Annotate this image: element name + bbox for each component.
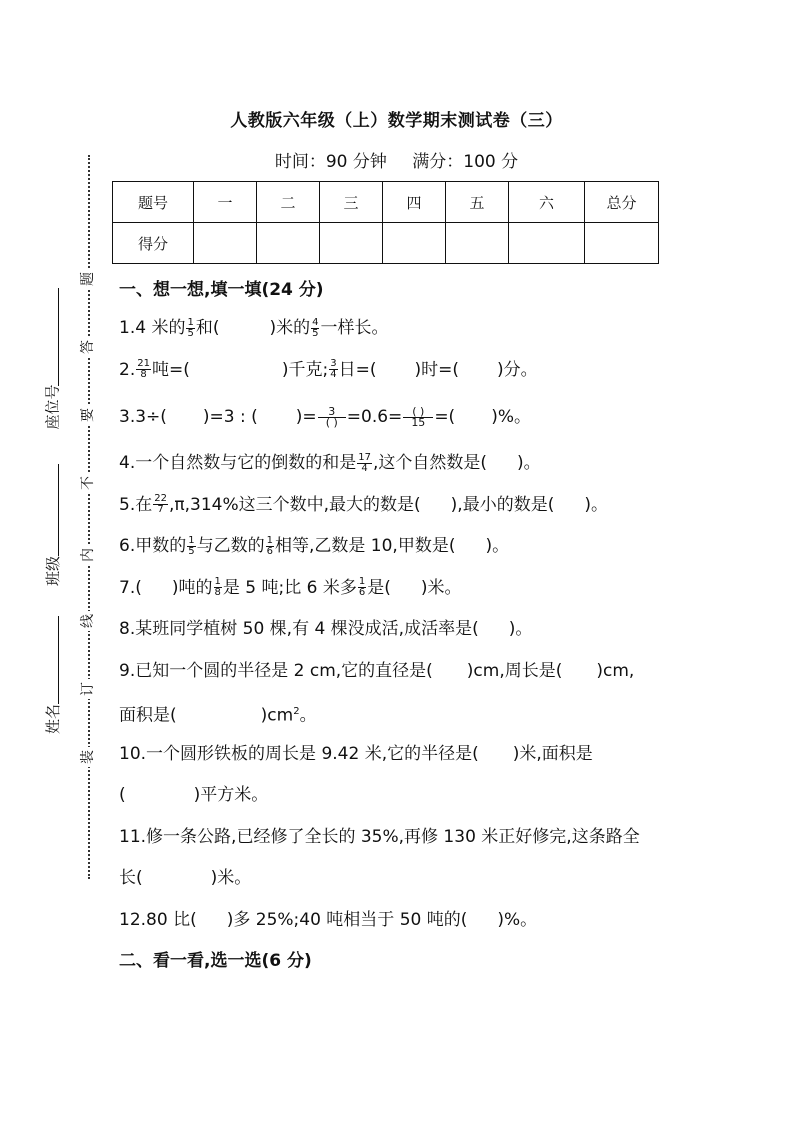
header-cell: 五 (446, 182, 509, 223)
seat-number-line[interactable] (58, 288, 59, 386)
fraction: 16 (358, 577, 366, 598)
score-cell[interactable] (320, 223, 383, 264)
class-label: 班级 (44, 556, 62, 586)
header-cell: 六 (509, 182, 585, 223)
header-cell: 总分 (585, 182, 659, 223)
score-cell[interactable] (509, 223, 585, 264)
section-2-heading: 二、看一看,选一选(6 分) (119, 947, 699, 985)
fraction: 3( ) (318, 407, 346, 428)
question-10-line-2: ()平方米。 (119, 781, 699, 823)
header-cell: 三 (320, 182, 383, 223)
row-label: 得分 (113, 223, 194, 264)
fraction: 45 (311, 318, 319, 339)
score-cell[interactable] (383, 223, 446, 264)
question-11: 11.修一条公路,已经修了全长的 35%,再修 130 米正好修完,这条路全 (119, 823, 699, 865)
score-cell[interactable] (257, 223, 320, 264)
exam-full-score: 满分：100 分 (412, 152, 518, 172)
question-6: 6.甲数的15与乙数的16相等,乙数是 10,甲数是()。 (119, 532, 699, 574)
question-2: 2.218吨=()千克;34日=()时=()分。 (119, 356, 699, 398)
fraction: ( )15 (403, 407, 433, 428)
header-cell: 题号 (113, 182, 194, 223)
question-1: 1.4 米的15和()米的45一样长。 (119, 314, 699, 356)
question-9-line-2: 面积是()cm2。 (119, 698, 699, 740)
score-table-header-row: 题号 一 二 三 四 五 六 总分 (113, 182, 659, 223)
fraction: 227 (153, 494, 168, 515)
section-1-heading: 一、想一想,填一填(24 分) (119, 276, 699, 314)
binding-char: 不 (79, 473, 97, 493)
exam-content: 一、想一想,填一填(24 分) 1.4 米的15和()米的45一样长。 2.21… (119, 276, 699, 985)
header-cell: 一 (194, 182, 257, 223)
binding-char: 装 (79, 747, 97, 767)
header-cell: 二 (257, 182, 320, 223)
name-line[interactable] (58, 616, 59, 704)
score-table: 题号 一 二 三 四 五 六 总分 得分 (112, 181, 659, 264)
question-10: 10.一个圆形铁板的周长是 9.42 米,它的半径是()米,面积是 (119, 740, 699, 782)
question-3: 3.3÷()=3 : ()=3( )=0.6=( )15=()%。 (119, 397, 699, 449)
class-line[interactable] (58, 464, 59, 556)
question-12: 12.80 比()多 25%;40 吨相当于 50 吨的()%。 (119, 906, 699, 948)
question-4: 4.一个自然数与它的倒数的和是174,这个自然数是()。 (119, 449, 699, 491)
binding-char: 订 (79, 679, 97, 699)
binding-char: 线 (79, 611, 97, 631)
score-cell[interactable] (585, 223, 659, 264)
fraction: 15 (187, 536, 195, 557)
fraction: 16 (266, 536, 274, 557)
question-8: 8.某班同学植树 50 棵,有 4 棵没成活,成活率是()。 (119, 615, 699, 657)
fraction: 18 (214, 577, 222, 598)
exam-title: 人教版六年级（上）数学期末测试卷（三） (0, 106, 793, 131)
binding-char: 题 (79, 269, 97, 289)
fraction: 15 (186, 318, 194, 339)
question-5: 5.在227,π,314%这三个数中,最大的数是(),最小的数是()。 (119, 491, 699, 533)
score-table-score-row: 得分 (113, 223, 659, 264)
question-9: 9.已知一个圆的半径是 2 cm,它的直径是()cm,周长是()cm, (119, 657, 699, 699)
seat-number-label: 座位号 (44, 384, 62, 429)
exam-time: 时间：90 分钟 (275, 152, 387, 172)
header-cell: 四 (383, 182, 446, 223)
exam-info: 时间：90 分钟 满分：100 分 (0, 147, 793, 172)
score-cell[interactable] (194, 223, 257, 264)
fraction: 34 (329, 359, 337, 380)
score-cell[interactable] (446, 223, 509, 264)
name-label: 姓名 (44, 704, 62, 734)
binding-dotted-line (88, 155, 90, 879)
binding-char: 答 (79, 337, 97, 357)
question-7: 7.()吨的18是 5 吨;比 6 米多16是()米。 (119, 574, 699, 616)
binding-char: 要 (79, 405, 97, 425)
question-11-line-2: 长()米。 (119, 864, 699, 906)
fraction: 174 (357, 453, 372, 474)
binding-char: 内 (79, 545, 97, 565)
fraction: 218 (136, 359, 151, 380)
